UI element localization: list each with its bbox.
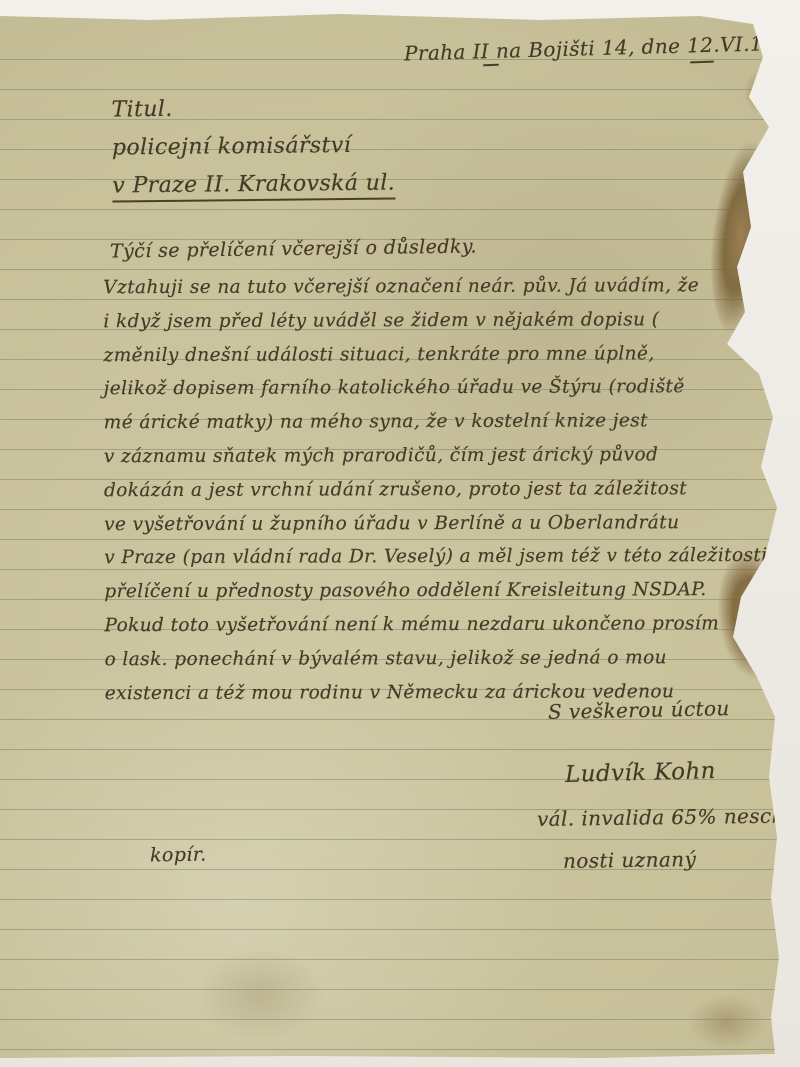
signature-name: Ludvík Kohn xyxy=(565,758,716,788)
signature-note-line-1: vál. invalida 65% neschop- xyxy=(537,803,800,831)
paper-age-blotch xyxy=(195,947,325,1042)
date-line: Praha II na Bojišti 14, dne 12.VI.1940 xyxy=(404,31,795,66)
address-line-office: policejní komisářství xyxy=(112,133,395,161)
ink-underline xyxy=(483,64,499,67)
ink-underline xyxy=(690,61,714,64)
copy-annotation: kopír. xyxy=(150,844,207,867)
closing-line: S veškerou úctou xyxy=(548,696,730,724)
body-line: dokázán a jest vrchní udání zrušeno, pro… xyxy=(104,472,800,508)
letter-paper: Praha II na Bojišti 14, dne 12.VI.1940 T… xyxy=(0,12,790,1060)
address-line-titul: Titul. xyxy=(111,95,394,123)
letter-body: Vztahuji se na tuto včerejší označení ne… xyxy=(103,269,800,711)
address-line-street: v Praze II. Krakovská ul. xyxy=(112,171,395,203)
body-line: změnily dnešní události situaci, tenkrát… xyxy=(103,336,800,372)
paper-crease xyxy=(0,10,130,17)
body-line: Vztahuji se na tuto včerejší označení ne… xyxy=(103,269,800,305)
body-line: o lask. ponechání v bývalém stavu, jelik… xyxy=(105,641,800,677)
body-line: mé árické matky) na mého syna, že v kost… xyxy=(104,404,800,440)
body-line: i když jsem před léty uváděl se židem v … xyxy=(103,303,800,339)
subject-line: Týčí se přelíčení včerejší o důsledky. xyxy=(110,235,477,262)
address-block: Titul. policejní komisářství v Praze II.… xyxy=(111,95,395,216)
body-line: Pokud toto vyšetřování není k mému nezda… xyxy=(104,607,800,643)
torn-edge-stain xyxy=(688,994,766,1050)
body-line: přelíčení u přednosty pasového oddělení … xyxy=(104,573,800,609)
scanner-background: Praha II na Bojišti 14, dne 12.VI.1940 T… xyxy=(0,0,800,1067)
torn-edge-stain xyxy=(744,70,776,114)
signature-note-line-2: nosti uznaný xyxy=(563,847,697,873)
body-line: ve vyšetřování u župního úřadu v Berlíně… xyxy=(104,505,800,541)
body-line: jelikož dopisem farního katolického úřad… xyxy=(104,370,800,406)
body-line: v Praze (pan vládní rada Dr. Veselý) a m… xyxy=(104,539,800,575)
body-line: v záznamu sňatek mých prarodičů, čím jes… xyxy=(104,438,800,474)
